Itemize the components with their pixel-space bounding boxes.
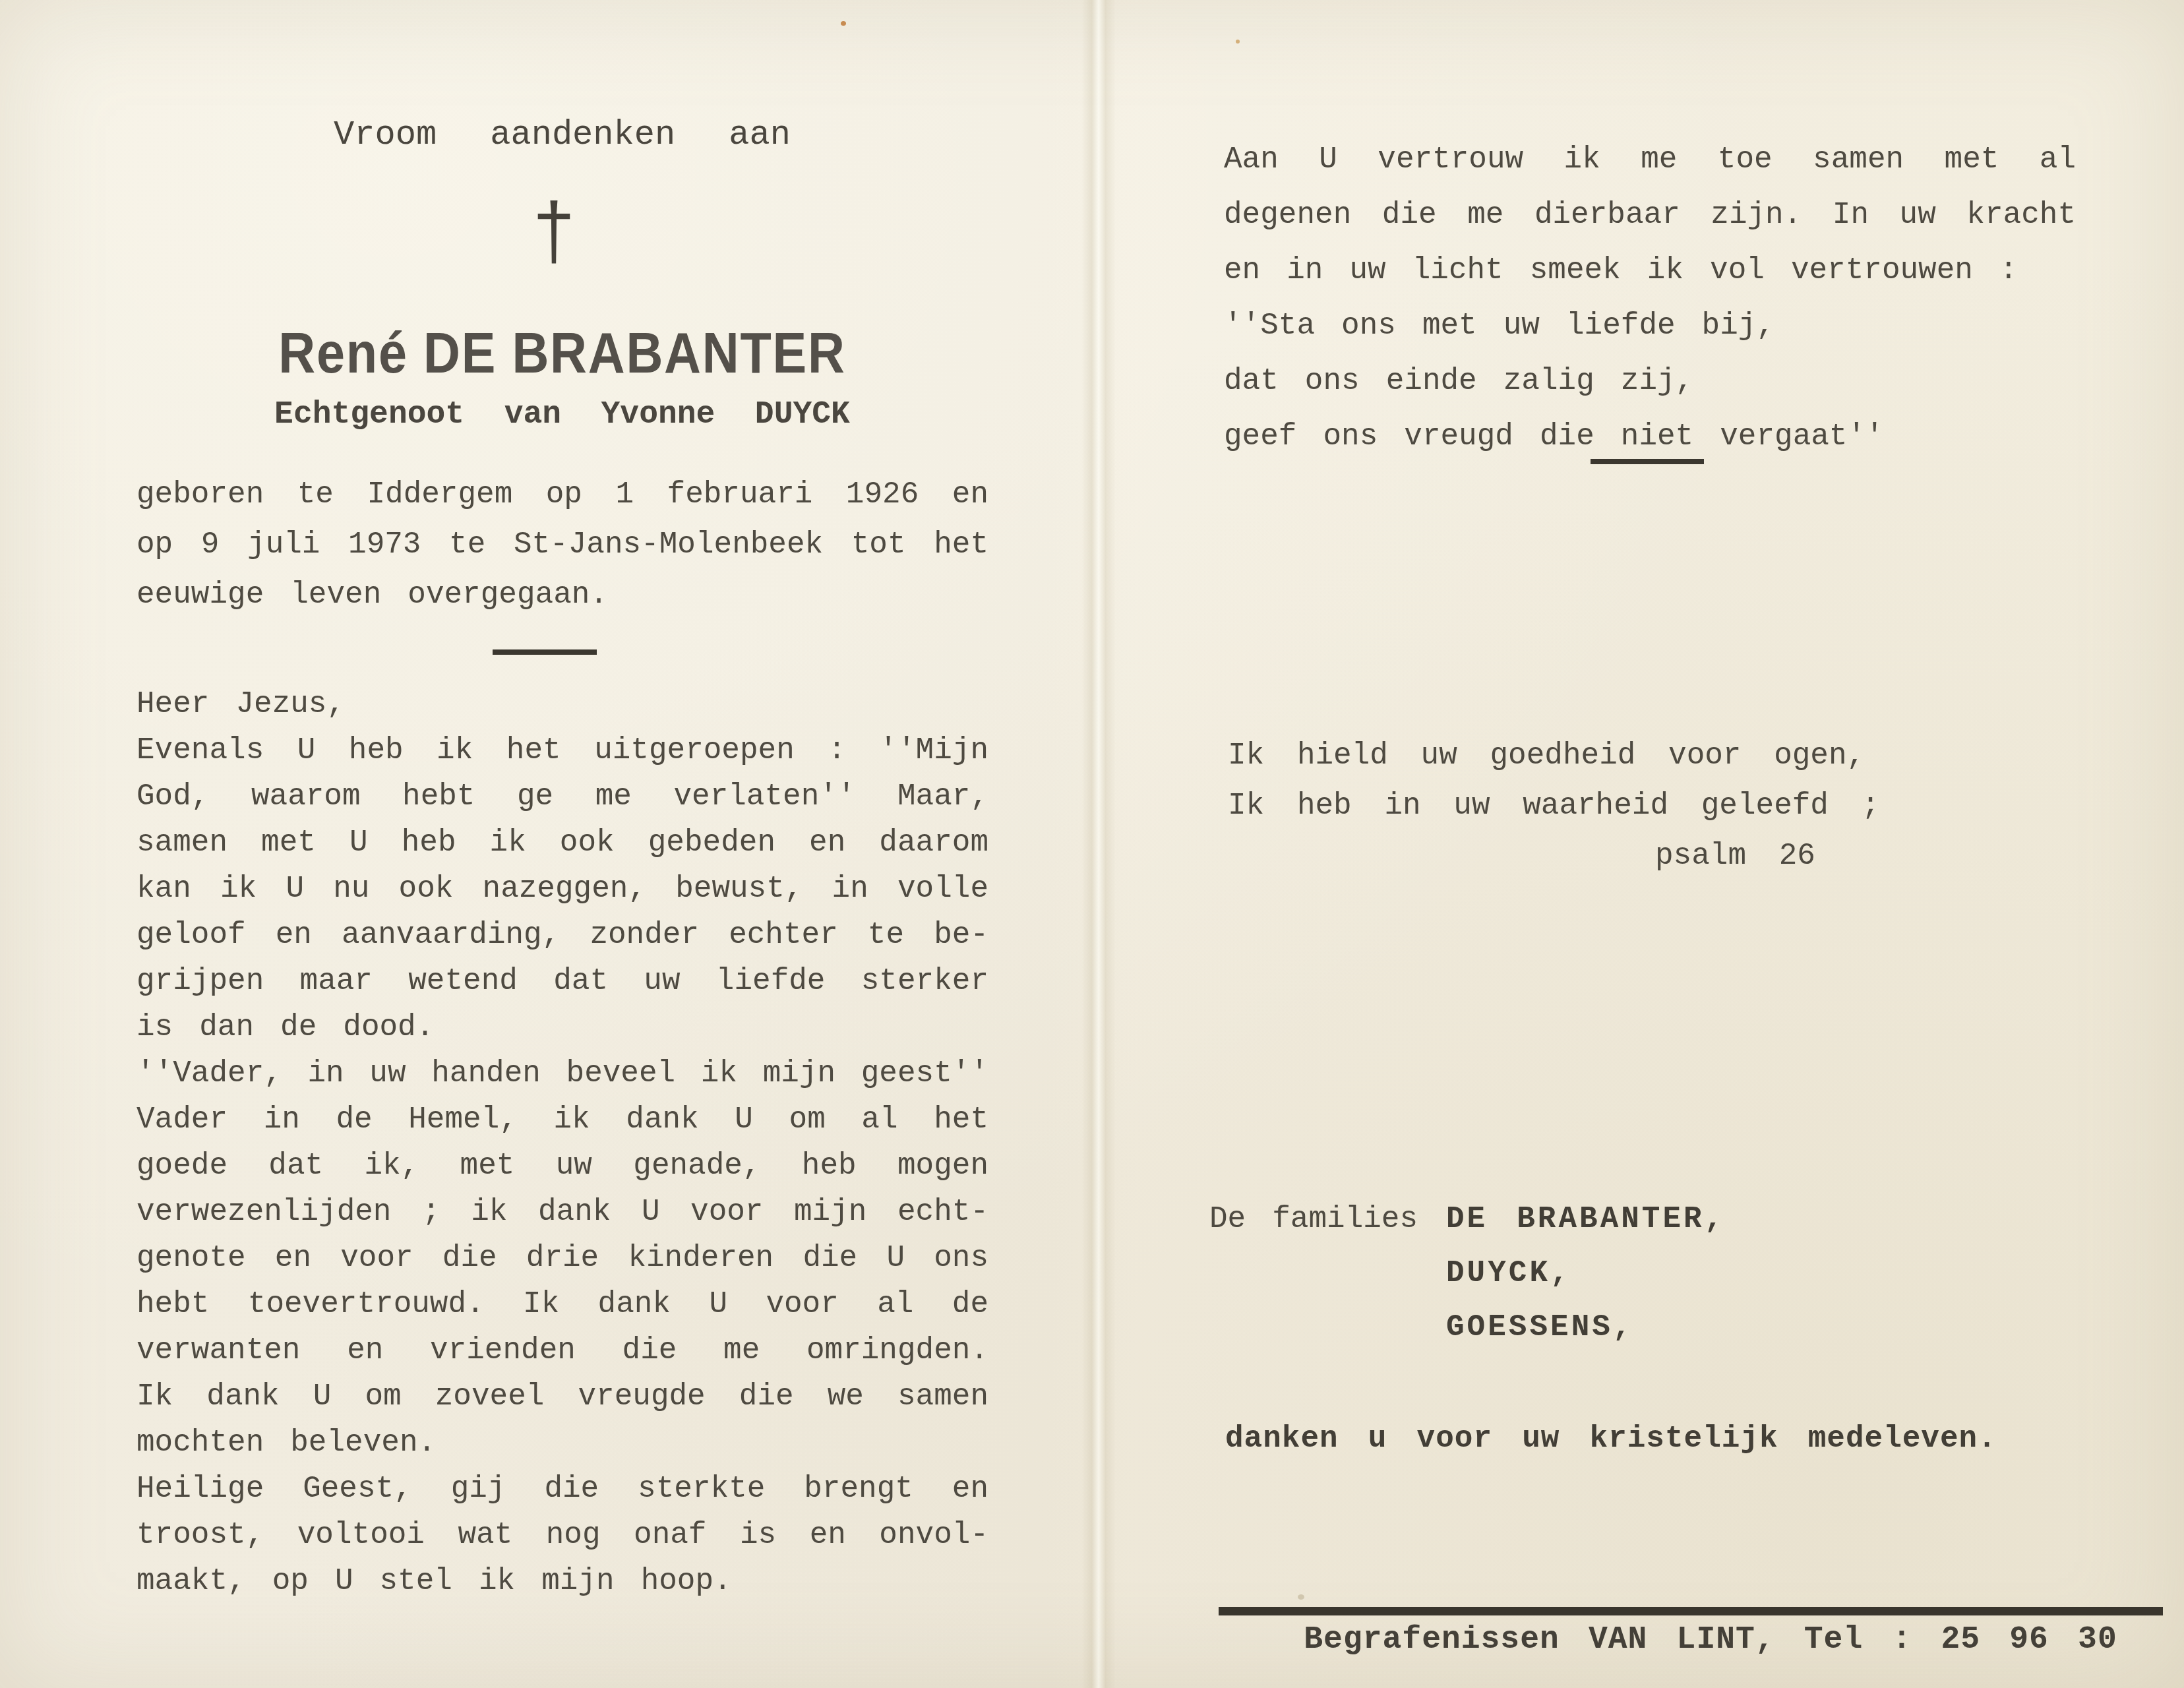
prayer-paragraph: Heer Jezus, Evenals U heb ik het uitgero… <box>136 681 988 1604</box>
section-divider <box>1591 459 1704 464</box>
life-line: eeuwige leven overgegaan. <box>136 570 988 620</box>
families-intro: De families <box>1209 1192 1446 1246</box>
prayer-line: samen met U heb ik ook gebeden en daarom <box>136 820 988 866</box>
footer-rule <box>1219 1607 2163 1615</box>
prayer-line: Vader in de Hemel, ik dank U om al het <box>136 1097 988 1143</box>
prayer-line: verwanten en vrienden die me omringden. <box>136 1327 988 1373</box>
prayer-line: is dan de dood. <box>136 1004 988 1050</box>
prayer-line: ''Sta ons met uw liefde bij, <box>1224 298 2076 353</box>
prayer-line: dat ons einde zalig zij, <box>1224 353 2076 409</box>
cross-icon: † <box>135 198 973 274</box>
prayer-line: en in uw licht smeek ik vol vertrouwen : <box>1224 243 2076 298</box>
prayer-line: Heer Jezus, <box>136 681 988 727</box>
prayer-line: hebt toevertrouwd. Ik dank U voor al de <box>136 1281 988 1327</box>
deceased-name: René DE BRABANTER <box>187 322 938 384</box>
section-divider <box>493 649 597 655</box>
prayer-line: Aan U vertrouw ik me toe samen met al <box>1224 132 2076 187</box>
family-line: De familiesDE BRABANTER, <box>1209 1192 2100 1246</box>
prayer-line: ''Vader, in uw handen beveel ik mijn gee… <box>136 1050 988 1097</box>
undertaker-footer: Begrafenissen VAN LINT, Tel : 25 96 30 <box>1219 1619 2163 1661</box>
spouse-line: Echtgenoot van Yvonne DUYCK <box>135 394 989 435</box>
prayer-line: maakt, op U stel ik mijn hoop. <box>136 1558 988 1604</box>
prayer-line: geloof en aanvaarding, zonder echter te … <box>136 912 988 958</box>
prayer-line: grijpen maar wetend dat uw liefde sterke… <box>136 958 988 1004</box>
psalm-reference: psalm 26 <box>1228 831 2080 881</box>
prayer-line: geef ons vreugd die niet vergaat'' <box>1224 409 2076 464</box>
family-name: DUYCK, <box>1209 1246 2100 1300</box>
prayer-line: verwezenlijden ; ik dank U voor mijn ech… <box>136 1189 988 1235</box>
prayer-line: mochten beleven. <box>136 1420 988 1466</box>
trust-prayer-paragraph: Aan U vertrouw ik me toe samen met al de… <box>1224 132 2076 464</box>
psalm-line: Ik hield uw goedheid voor ogen, <box>1228 731 2080 781</box>
life-line: op 9 juli 1973 te St-Jans-Molenbeek tot … <box>136 520 988 570</box>
family-name: GOESSENS, <box>1209 1300 2100 1354</box>
families-section: De familiesDE BRABANTER, DUYCK, GOESSENS… <box>1209 1192 2100 1354</box>
left-page: Vroom aandenken aan † René DE BRABANTER … <box>0 0 1092 1688</box>
life-line: geboren te Iddergem op 1 februari 1926 e… <box>136 469 988 520</box>
life-dates-paragraph: geboren te Iddergem op 1 februari 1926 e… <box>136 469 988 620</box>
prayer-line: troost, voltooi wat nog onaf is en onvol… <box>136 1512 988 1558</box>
prayer-line: degenen die me dierbaar zijn. In uw krac… <box>1224 187 2076 243</box>
prayer-line: genote en voor die drie kinderen die U o… <box>136 1235 988 1281</box>
psalm-line: Ik heb in uw waarheid geleefd ; <box>1228 781 2080 831</box>
prayer-line: Evenals U heb ik het uitgeroepen : ''Mij… <box>136 727 988 773</box>
prayer-line: Heilige Geest, gij die sterkte brengt en <box>136 1466 988 1512</box>
prayer-line: God, waarom hebt ge me verlaten'' Maar, <box>136 773 988 820</box>
memorial-card-scan: Vroom aandenken aan † René DE BRABANTER … <box>0 0 2184 1688</box>
prayer-line: Ik dank U om zoveel vreugde die we samen <box>136 1373 988 1420</box>
right-page: Aan U vertrouw ik me toe samen met al de… <box>1092 0 2184 1688</box>
psalm-quote: Ik hield uw goedheid voor ogen, Ik heb i… <box>1228 731 2080 881</box>
prayer-line: kan ik U nu ook nazeggen, bewust, in vol… <box>136 866 988 912</box>
family-name: DE BRABANTER, <box>1446 1202 1725 1236</box>
prayer-line: goede dat ik, met uw genade, heb mogen <box>136 1143 988 1189</box>
thanks-line: danken u voor uw kristelijk medeleven. <box>1225 1419 2115 1459</box>
card-header: Vroom aandenken aan <box>135 115 989 155</box>
